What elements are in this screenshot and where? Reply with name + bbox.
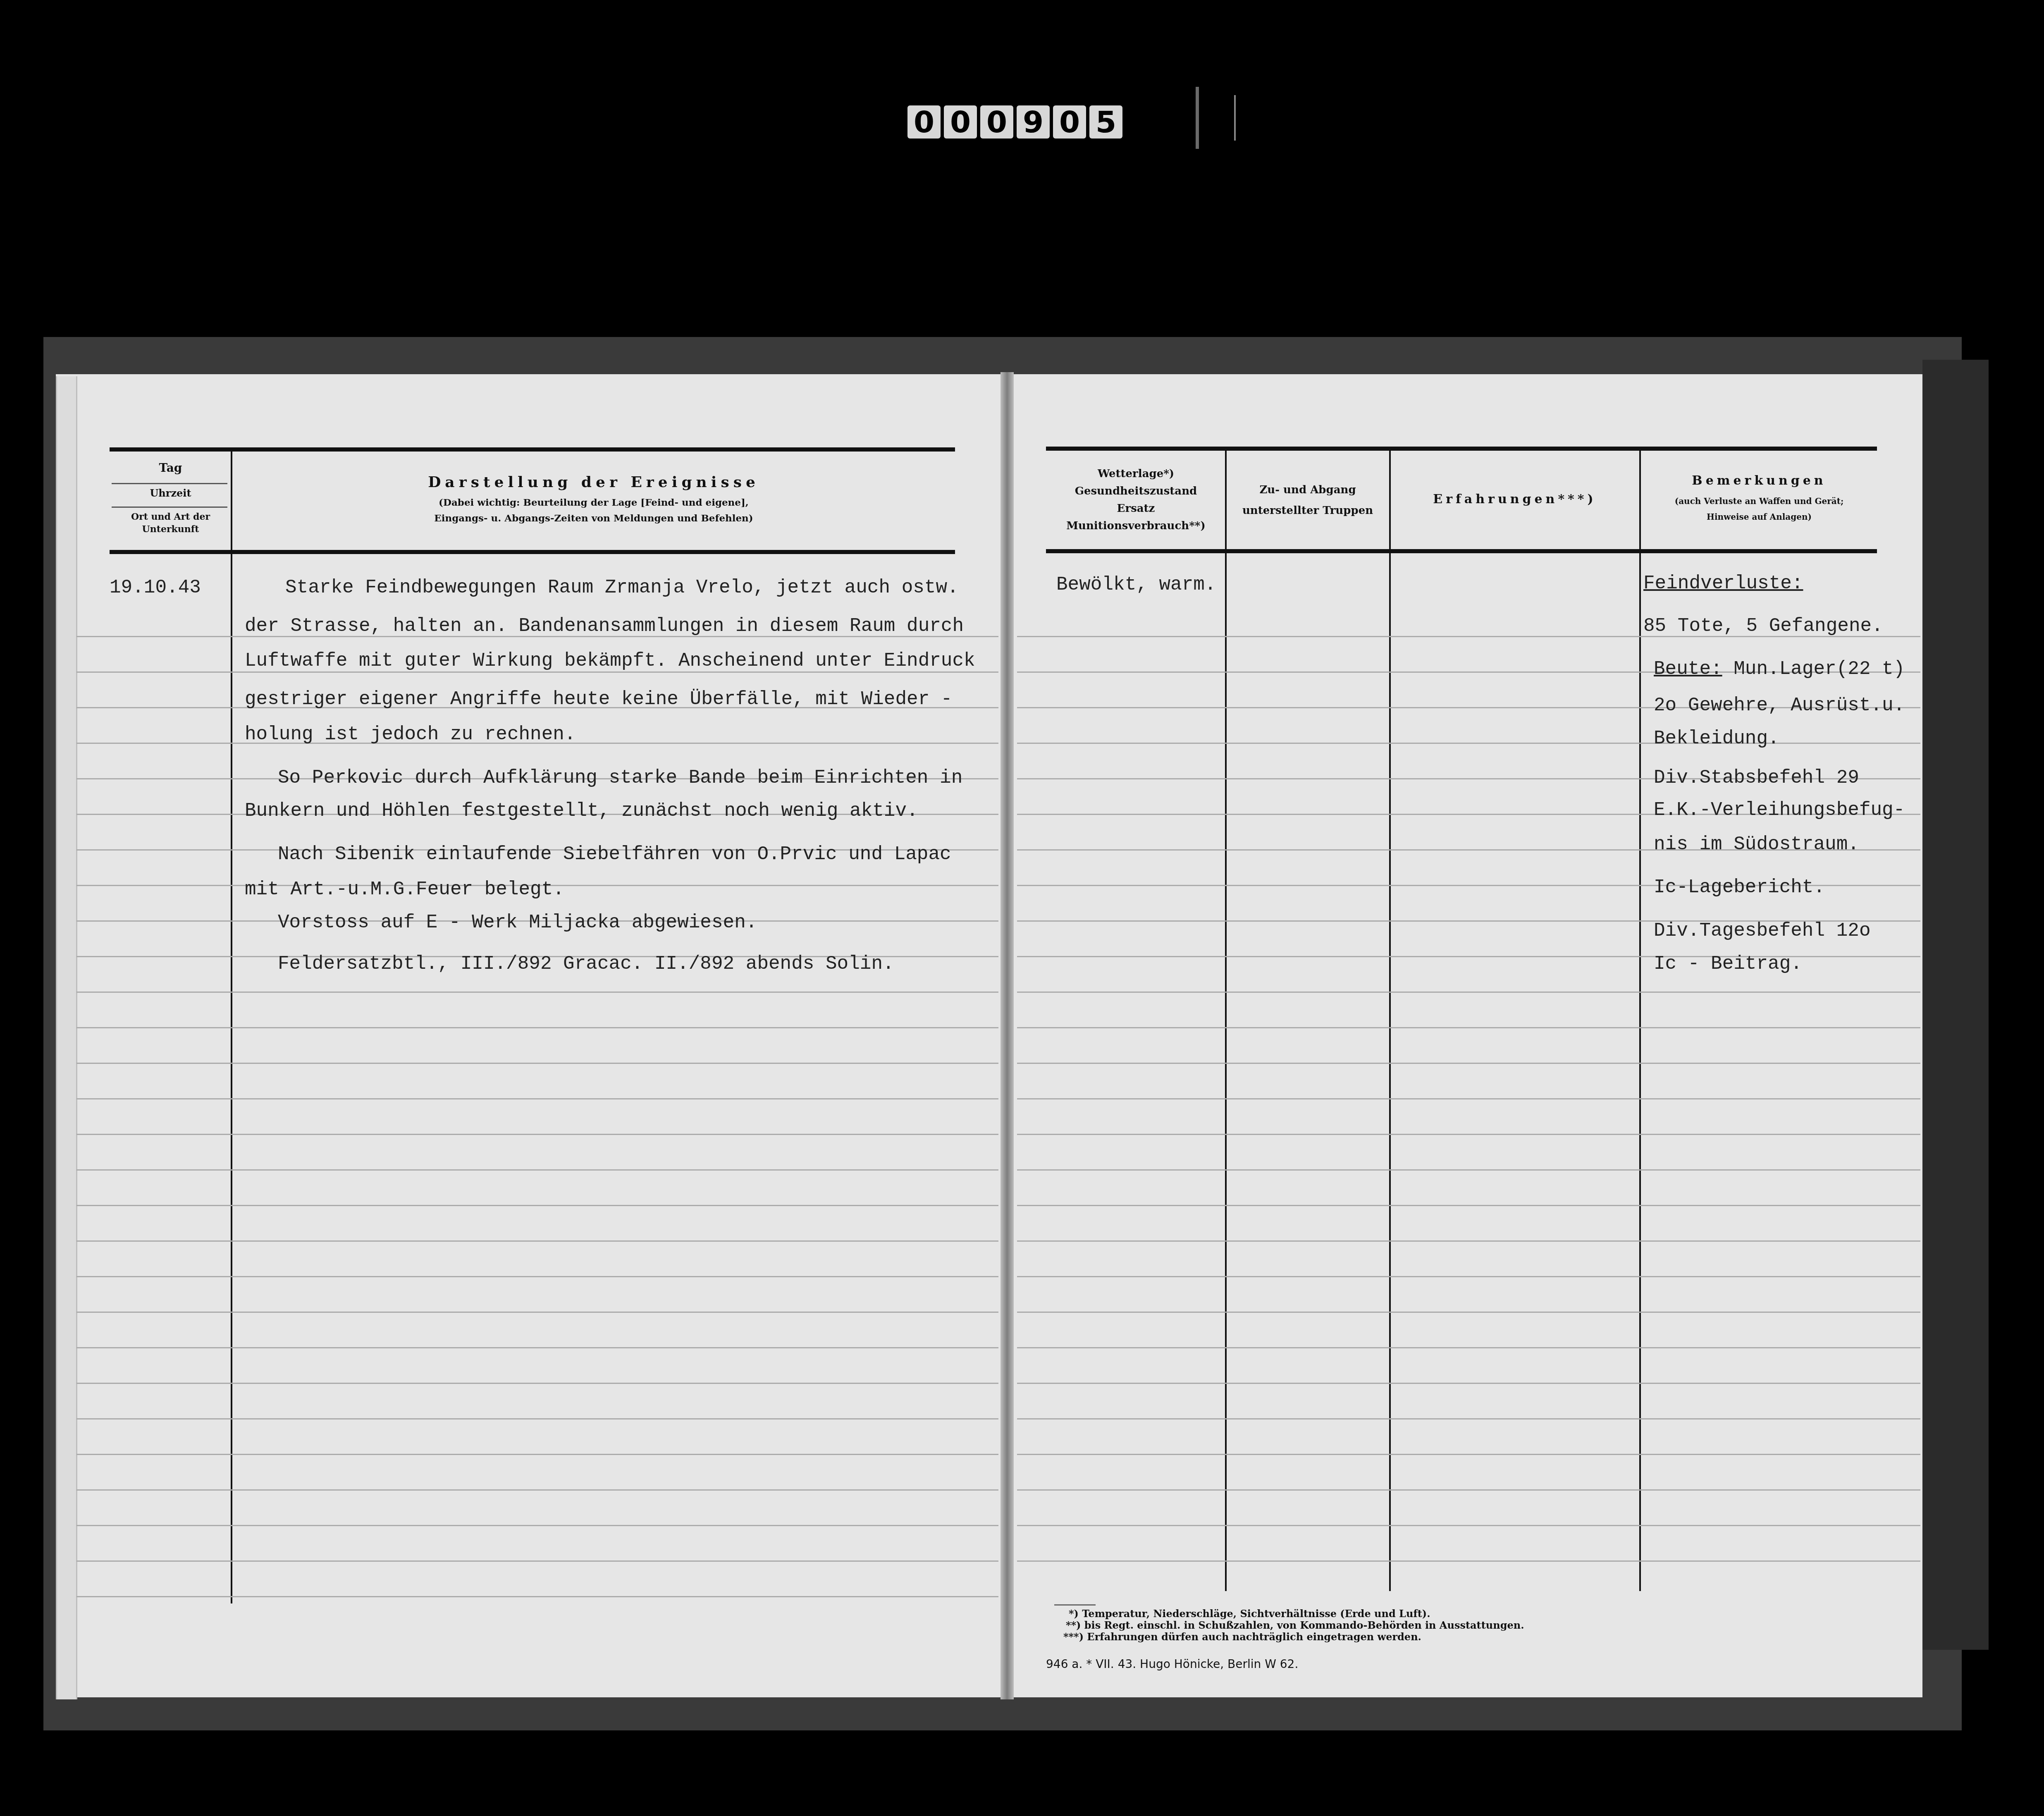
remark-beute-label: Beute: [1654,658,1722,680]
entry-line: der Strasse, halten an. Bandenansammlung… [245,615,964,637]
book-cover-edge [1922,360,1989,1650]
header-darstellung-title: Darstellung der Ereignisse [232,473,955,491]
header-bemerkungen-sub1: (auch Verluste an Waffen und Gerät; [1641,496,1877,506]
header-top-rule [110,447,955,452]
remark-line: Div.Tagesbefehl 12o [1654,920,1871,941]
frame-digit: 0 [944,105,977,139]
footnote: **) bis Regt. einschl. in Schußzahlen, v… [1066,1619,1524,1631]
frame-digit: 0 [980,105,1013,139]
ruled-lines [76,602,998,1611]
ruled-lines [1017,602,1920,1594]
remark-line: Div.Stabsbefehl 29 [1654,767,1859,789]
header-subdivider [112,483,227,484]
entry-line: So Perkovic durch Aufklärung starke Band… [278,767,962,789]
header-bemerkungen: Bemerkungen [1641,473,1877,488]
remark-feindverluste-value: 85 Tote, 5 Gefangene. [1643,615,1883,637]
entry-line: Bunkern und Höhlen festgestellt, zunächs… [245,800,918,822]
remark-feindverluste-label: Feindverluste: [1643,573,1803,594]
entry-line: mit Art.-u.M.G.Feuer belegt. [245,879,564,900]
header-zu-abgang-line: Zu- und Abgang [1227,480,1388,500]
entry-line: holung ist jedoch zu rechnen. [245,724,576,745]
frame-counter: 0 0 0 9 0 5 [907,105,1122,139]
header-subdivider [112,507,227,508]
footnote-rule [1054,1604,1096,1606]
frame-digit: 0 [907,105,941,139]
remark-beute-line: Mun.Lager(22 t) [1734,658,1905,680]
entry-line: Nach Sibenik einlaufende Siebelfähren vo… [278,843,951,865]
header-darstellung-sub2: Eingangs- u. Abgangs-Zeiten von Meldunge… [232,513,955,524]
header-uhrzeit: Uhrzeit [112,487,229,499]
film-mark [1196,87,1199,149]
remark-line: nis im Südostraum. [1654,834,1859,855]
remark-beute-line: 2o Gewehre, Ausrüst.u. [1654,695,1905,716]
header-zu-abgang: Zu- und Abgang unterstellter Truppen [1227,480,1388,521]
header-wetterlage-line: Munitionsverbrauch**) [1048,517,1224,535]
remark-line: Ic-Lagebericht. [1654,877,1825,898]
entry-line: Feldersatzbtl., III./892 Gracac. II./892… [278,953,894,975]
header-tag: Tag [112,461,229,475]
book-spine [1001,372,1014,1699]
header-wetterlage-line: Gesundheitszustand [1048,483,1224,500]
page-stack-edge [56,376,77,1699]
film-mark [1234,95,1236,141]
weather-entry: Bewölkt, warm. [1056,574,1216,595]
entry-line: Vorstoss auf E - Werk Miljacka abgewiese… [278,912,757,933]
header-bottom-rule [1046,549,1877,553]
header-zu-abgang-line: unterstellter Truppen [1227,500,1388,521]
frame-digit: 5 [1089,105,1122,139]
entry-line: gestriger eigener Angriffe heute keine Ü… [245,688,952,710]
entry-line: Starke Feindbewegungen Raum Zrmanja Vrel… [285,577,959,598]
header-bottom-rule [110,550,955,554]
remark-line: Ic - Beitrag. [1654,953,1802,975]
entry-line: Luftwaffe mit guter Wirkung bekämpft. An… [245,650,975,671]
header-bemerkungen-sub2: Hinweise auf Anlagen) [1641,512,1877,522]
remark-beute-line: Bekleidung. [1654,728,1779,749]
header-darstellung-sub1: (Dabei wichtig: Beurteilung der Lage [Fe… [232,497,955,508]
header-top-rule [1046,447,1877,451]
footnote: *) Temperatur, Niederschläge, Sichtverhä… [1069,1608,1430,1620]
entry-date: 19.10.43 [110,577,201,598]
remark-line: E.K.-Verleihungsbefug- [1654,799,1905,821]
header-erfahrungen: Erfahrungen***) [1391,492,1638,507]
frame-digit: 0 [1053,105,1086,139]
publisher-imprint: 946 a. * VII. 43. Hugo Hönicke, Berlin W… [1046,1657,1298,1671]
header-wetterlage-line: Wetterlage*) [1048,465,1224,483]
header-wetterlage-line: Ersatz [1048,500,1224,517]
remark-beute: Beute: Mun.Lager(22 t) [1654,658,1905,680]
footnote: ***) Erfahrungen dürfen auch nachträglic… [1063,1631,1421,1643]
header-wetterlage: Wetterlage*) Gesundheitszustand Ersatz M… [1048,465,1224,535]
header-ort: Ort und Art der Unterkunft [112,511,229,535]
frame-digit: 9 [1017,105,1050,139]
